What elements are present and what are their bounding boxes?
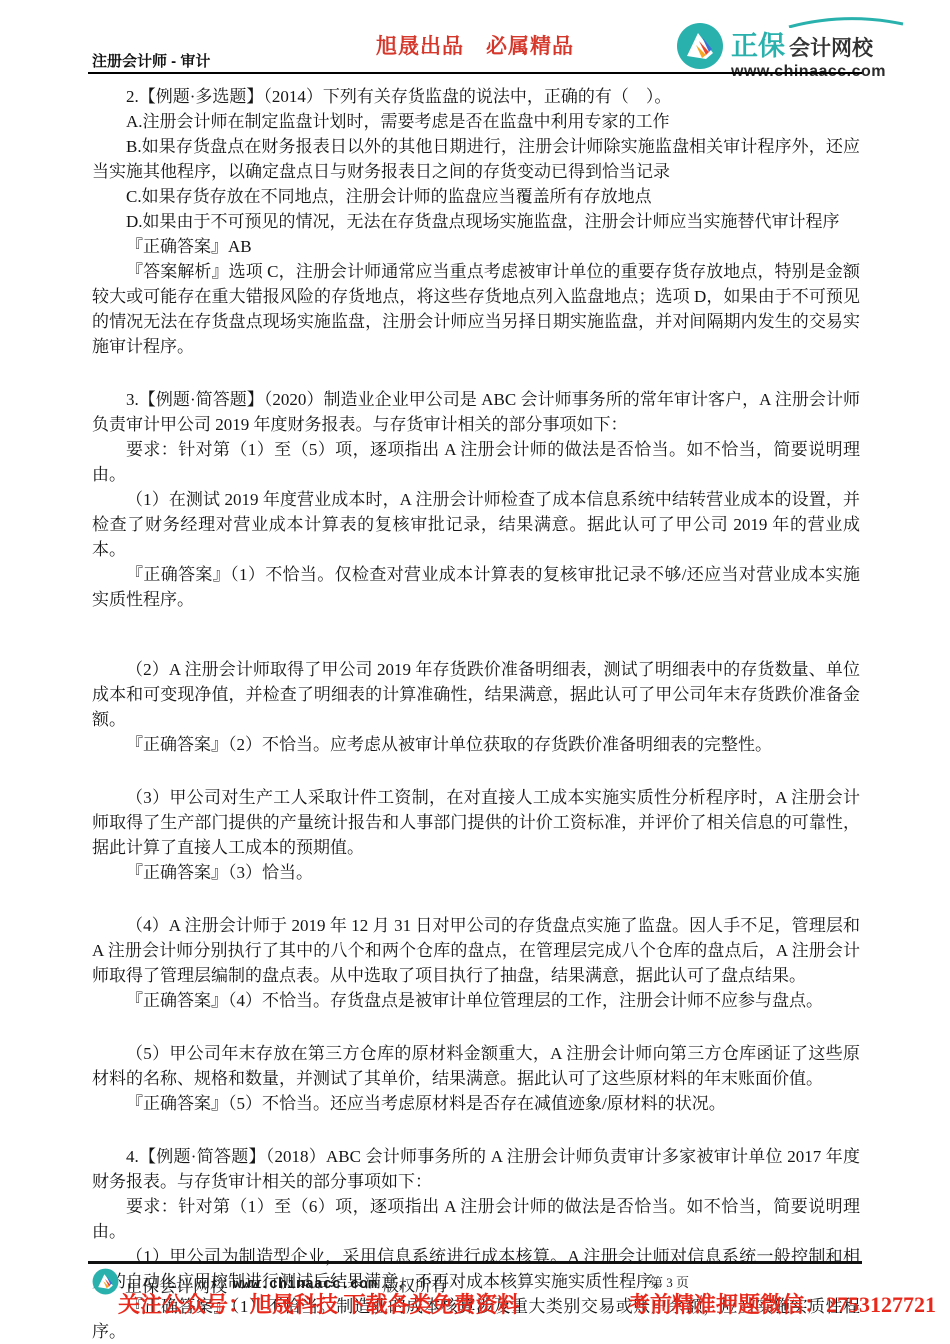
brand-swoosh-icon	[787, 16, 905, 28]
question-2-option-d: D.如果由于不可预见的情况，无法在存货盘点现场实施监盘，注册会计师应当实施替代审…	[92, 209, 860, 234]
question-2-stem: 2.【例题·多选题】（2014）下列有关存货监盘的说法中，正确的有（ ）。	[92, 84, 860, 109]
question-3-item-5: （5）甲公司年末存放在第三方仓库的原材料金额重大，A 注册会计师向第三方仓库函证…	[92, 1041, 860, 1091]
question-3-answer-1: 『正确答案』（1）不恰当。仅检查对营业成本计算表的复核审批记录不够/还应当对营业…	[92, 562, 860, 612]
brand-name-primary: 正保	[731, 24, 785, 63]
question-2-option-a: A.注册会计师在制定监盘计划时，需要考虑是否在监盘中利用专家的工作	[92, 109, 860, 134]
document-body: 2.【例题·多选题】（2014）下列有关存货监盘的说法中，正确的有（ ）。 A.…	[92, 84, 860, 1344]
question-4-stem: 4.【例题·简答题】（2018）ABC 会计师事务所的 A 注册会计师负责审计多…	[92, 1144, 860, 1194]
footer-divider	[88, 1261, 862, 1264]
question-3-answer-5: 『正确答案』（5）不恰当。还应当考虑原材料是否存在减值迹象/原材料的状况。	[92, 1091, 860, 1116]
question-3-requirement: 要求：针对第（1）至（5）项，逐项指出 A 注册会计师的做法是否恰当。如不恰当，…	[92, 437, 860, 487]
footer-promo-left: 关注公众号：旭晟科技 下载各类免费资料	[118, 1288, 520, 1319]
footer-promo-right: 考前精准押题微信：2753127721	[628, 1288, 936, 1319]
brand-name-secondary: 会计网校	[789, 32, 873, 62]
question-3-answer-2: 『正确答案』（2）不恰当。应考虑从被审计单位获取的存货跌价准备明细表的完整性。	[92, 732, 860, 757]
question-4-requirement: 要求：针对第（1）至（6）项，逐项指出 A 注册会计师的做法是否恰当。如不恰当，…	[92, 1194, 860, 1244]
question-2-option-b: B.如果存货盘点在财务报表日以外的其他日期进行，注册会计师除实施监盘相关审计程序…	[92, 134, 860, 184]
question-3-item-4: （4）A 注册会计师于 2019 年 12 月 31 日对甲公司的存货盘点实施了…	[92, 913, 860, 988]
question-2-answer: 『正确答案』AB	[92, 234, 860, 259]
question-3-item-2: （2）A 注册会计师取得了甲公司 2019 年存货跌价准备明细表，测试了明细表中…	[92, 657, 860, 732]
zhengbao-book-logo-icon	[92, 1268, 119, 1300]
question-2-option-c: C.如果存货存放在不同地点，注册会计师的监盘应当覆盖所有存放地点	[92, 184, 860, 209]
question-3-answer-4: 『正确答案』（4）不恰当。存货盘点是被审计单位管理层的工作，注册会计师不应参与盘…	[92, 988, 860, 1013]
document-title: 注册会计师 - 审计	[92, 50, 210, 71]
question-3-item-3: （3）甲公司对生产工人采取计件工资制，在对直接人工成本实施实质性分析程序时，A …	[92, 785, 860, 860]
question-3-stem: 3.【例题·简答题】（2020）制造业企业甲公司是 ABC 会计师事务所的常年审…	[92, 387, 860, 437]
question-3-item-1: （1）在测试 2019 年度营业成本时，A 注册会计师检查了成本信息系统中结转营…	[92, 487, 860, 562]
question-2-analysis: 『答案解析』选项 C，注册会计师通常应当重点考虑被审计单位的重要存货存放地点，特…	[92, 259, 860, 359]
zhengbao-book-logo-icon	[676, 22, 724, 75]
header-divider	[88, 72, 862, 74]
document-page: 旭晟出品 必属精品 正保 会计网校 www.chinaacc.com 注册会计师…	[0, 0, 950, 1344]
question-3-answer-3: 『正确答案』（3）恰当。	[92, 860, 860, 885]
